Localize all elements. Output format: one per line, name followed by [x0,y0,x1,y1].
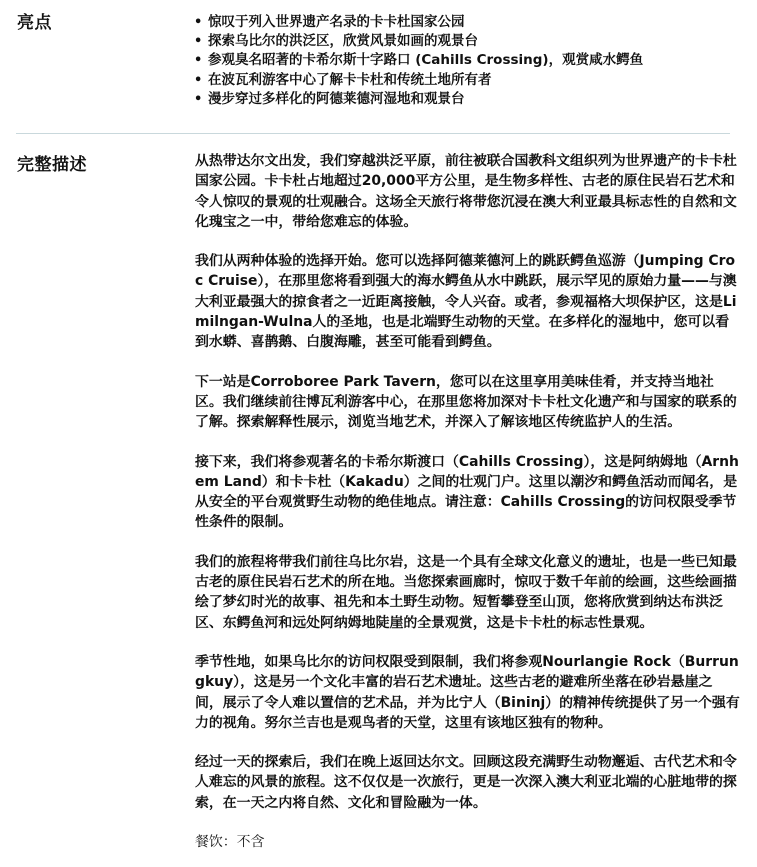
description-paragraph: 从热带达尔文出发，我们穿越洪泛平原，前往被联合国教科文组织列为世界遗产的卡卡杜国… [195,151,740,232]
highlight-text: 在波瓦利游客中心了解卡卡杜和传统土地所有者 [208,72,492,88]
meals-info: 餐饮：不含 [195,832,740,852]
highlight-item: •在波瓦利游客中心了解卡卡杜和传统土地所有者 [194,71,643,90]
highlight-item: •惊叹于列入世界遗产名录的卡卡杜国家公园 [194,13,643,32]
description-body: 从热带达尔文出发，我们穿越洪泛平原，前往被联合国教科文组织列为世界遗产的卡卡杜国… [195,151,740,867]
bullet-icon: • [194,32,202,51]
highlight-text: 惊叹于列入世界遗产名录的卡卡杜国家公园 [208,14,465,30]
description-paragraph: 经过一天的探索后，我们在晚上返回达尔文。回顾这段充满野生动物邂逅、古代艺术和令人… [195,752,740,813]
highlight-text: 漫步穿过多样化的阿德莱德河湿地和观景台 [208,91,465,107]
bullet-icon: • [194,71,202,90]
description-paragraph: 我们的旅程将带我们前往乌比尔岩，这是一个具有全球文化意义的遗址，也是一些已知最古… [195,552,740,633]
description-paragraph: 我们从两种体验的选择开始。您可以选择阿德莱德河上的跳跃鳄鱼巡游（Jumping … [195,251,740,352]
highlights-list: •惊叹于列入世界遗产名录的卡卡杜国家公园 •探索乌比尔的洪泛区，欣赏风景如画的观… [194,13,643,109]
bullet-icon: • [194,13,202,32]
highlight-item: •参观臭名昭著的卡希尔斯十字路口 (Cahills Crossing)，观赏咸水… [194,51,643,70]
description-paragraph: 季节性地，如果乌比尔的访问权限受到限制，我们将参观Nourlangie Rock… [195,652,740,733]
description-paragraph: 下一站是Corroboree Park Tavern，您可以在这里享用美味佳肴，… [195,372,740,433]
section-divider [16,133,730,134]
bullet-icon: • [194,51,202,70]
highlight-text: 参观臭名昭著的卡希尔斯十字路口 (Cahills Crossing)，观赏咸水鳄… [208,52,643,68]
highlight-text: 探索乌比尔的洪泛区，欣赏风景如画的观景台 [208,33,478,49]
highlight-item: •探索乌比尔的洪泛区，欣赏风景如画的观景台 [194,32,643,51]
bullet-icon: • [194,90,202,109]
highlight-item: •漫步穿过多样化的阿德莱德河湿地和观景台 [194,90,643,109]
full-description-heading: 完整描述 [17,154,87,176]
highlights-heading: 亮点 [17,12,52,34]
description-paragraph: 接下来，我们将参观著名的卡希尔斯渡口（Cahills Crossing），这是阿… [195,452,740,533]
